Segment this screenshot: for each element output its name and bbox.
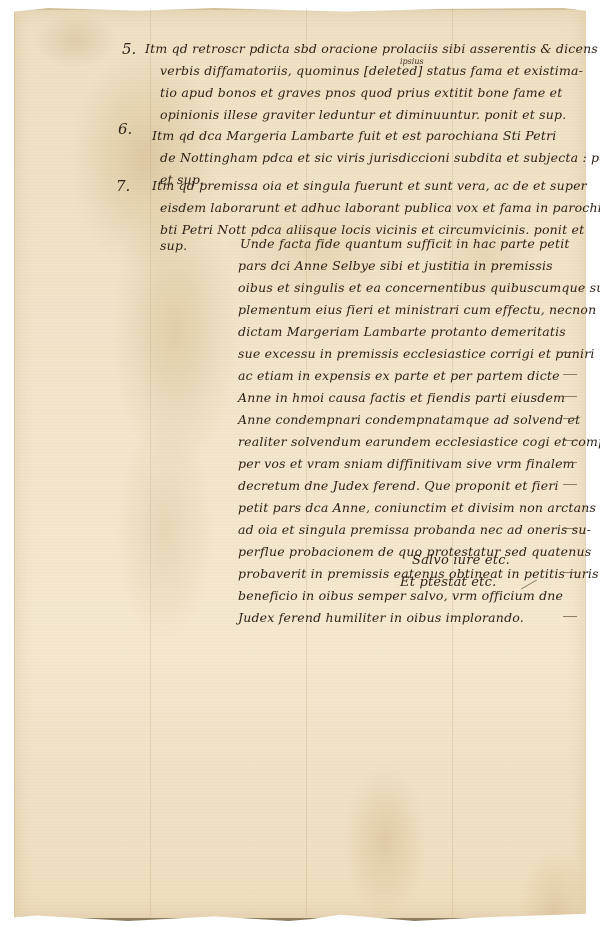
item-7-line-3: bti Petri Nott pdca aliisque locis vicin… — [160, 224, 584, 237]
closing-line-12: decretum dne Judex ferend. Que proponit … — [238, 480, 559, 493]
manuscript-page: 5. Itm qd retroscr pdicta sbd oracione p… — [0, 0, 600, 926]
closing-line-11: per vos et vram sniam diffinitivam sive … — [238, 458, 575, 471]
line-filler — [563, 572, 577, 573]
closing-line-2: pars dci Anne Selbye sibi et justitia in… — [238, 260, 553, 273]
item-7-line-4: sup. — [160, 240, 187, 253]
line-filler — [563, 528, 577, 529]
item-5-line-3: tio apud bonos et graves pnos quod prius… — [160, 87, 562, 100]
item-5-line-2: verbis diffamatoriis, quominus [deleted]… — [160, 65, 583, 78]
item-5-line-4: opinionis illese graviter leduntur et di… — [160, 109, 566, 122]
closing-line-7: ac etiam in expensis ex parte et per par… — [238, 370, 560, 383]
line-filler — [563, 440, 577, 441]
line-filler — [563, 374, 577, 375]
closing-line-14: ad oia et singula premissa probanda nec … — [238, 524, 591, 537]
closing-line-8: Anne in hmoi causa factis et fiendis par… — [238, 392, 565, 405]
item-6-line-1: Itm qd dca Margeria Lambarte fuit et est… — [152, 130, 556, 143]
closing-line-6: sue excessu in premissis ecclesiastice c… — [238, 348, 595, 361]
line-filler — [563, 616, 577, 617]
closing-line-4: plementum eius fieri et ministrari cum e… — [238, 304, 596, 317]
line-filler — [563, 484, 577, 485]
closing-line-10: realiter solvendum earundem ecclesiastic… — [238, 436, 600, 449]
line-filler — [563, 462, 577, 463]
item-5-line-1: Itm qd retroscr pdicta sbd oracione prol… — [145, 43, 598, 56]
signature-line-1: Salvo iure etc. — [412, 554, 510, 567]
item-number-7: 7. — [116, 177, 130, 195]
closing-line-9: Anne condempnari condempnatamque ad solv… — [238, 414, 580, 427]
line-filler — [563, 352, 577, 353]
item-number-5: 5. — [122, 40, 136, 58]
closing-line-1: Unde facta fide quantum sufficit in hac … — [240, 238, 570, 251]
item-number-6: 6. — [118, 120, 132, 138]
item-7-line-1: Itm qd premissa oia et singula fuerunt e… — [152, 180, 587, 193]
closing-line-5: dictam Margeriam Lambarte protanto demer… — [238, 326, 566, 339]
line-filler — [563, 396, 577, 397]
line-filler — [563, 418, 577, 419]
signature-line-2: Et ptestat etc. — [400, 576, 496, 589]
fold-crease — [150, 8, 151, 916]
closing-line-13: petit pars dca Anne, coniunctim et divis… — [238, 502, 600, 515]
closing-line-3: oibus et singulis et ea concernentibus q… — [238, 282, 600, 295]
item-6-line-2: de Nottingham pdca et sic viris jurisdic… — [160, 152, 600, 165]
closing-line-18: Judex ferend humiliter in oibus imploran… — [238, 612, 524, 625]
closing-line-17: beneficio in oibus semper salvo, vrm off… — [238, 590, 563, 603]
item-5-insertion: ipsius — [400, 57, 424, 66]
item-7-line-2: eisdem laborarunt et adhuc laborant publ… — [160, 202, 600, 215]
